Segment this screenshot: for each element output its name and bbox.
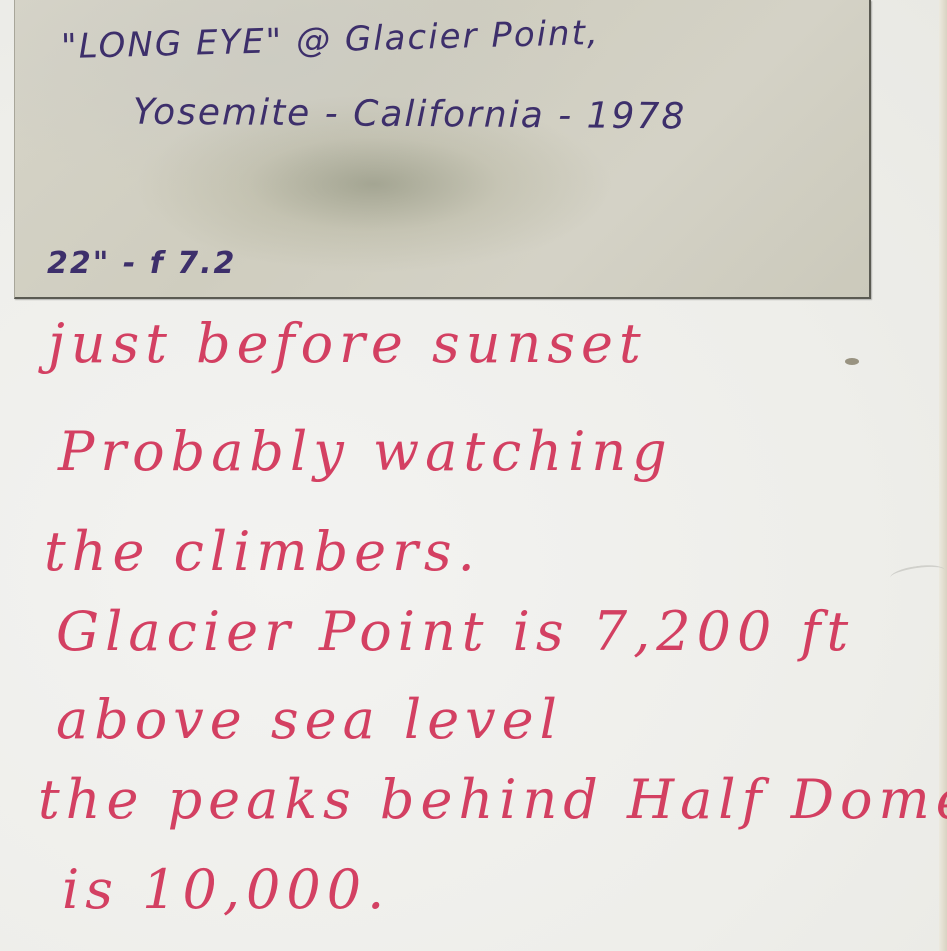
label-title: "LONG EYE" @ Glacier Point, <box>61 13 601 67</box>
note-line: Glacier Point is 7,200 ft <box>56 600 854 663</box>
label-exposure: 22" - f 7.2 <box>47 246 236 281</box>
note-line: the peaks behind Half Dome <box>38 768 947 831</box>
label-location: Yosemite - California - 1978 <box>133 92 687 138</box>
note-line: above sea level <box>56 688 563 751</box>
note-line: is 10,000. <box>62 858 390 921</box>
note-line: just before sunset <box>48 312 647 375</box>
attached-label: "LONG EYE" @ Glacier Point, Yosemite - C… <box>14 0 871 299</box>
dirt-speck <box>845 358 859 365</box>
note-line: the climbers. <box>44 520 481 583</box>
note-line: Probably watching <box>58 420 673 483</box>
